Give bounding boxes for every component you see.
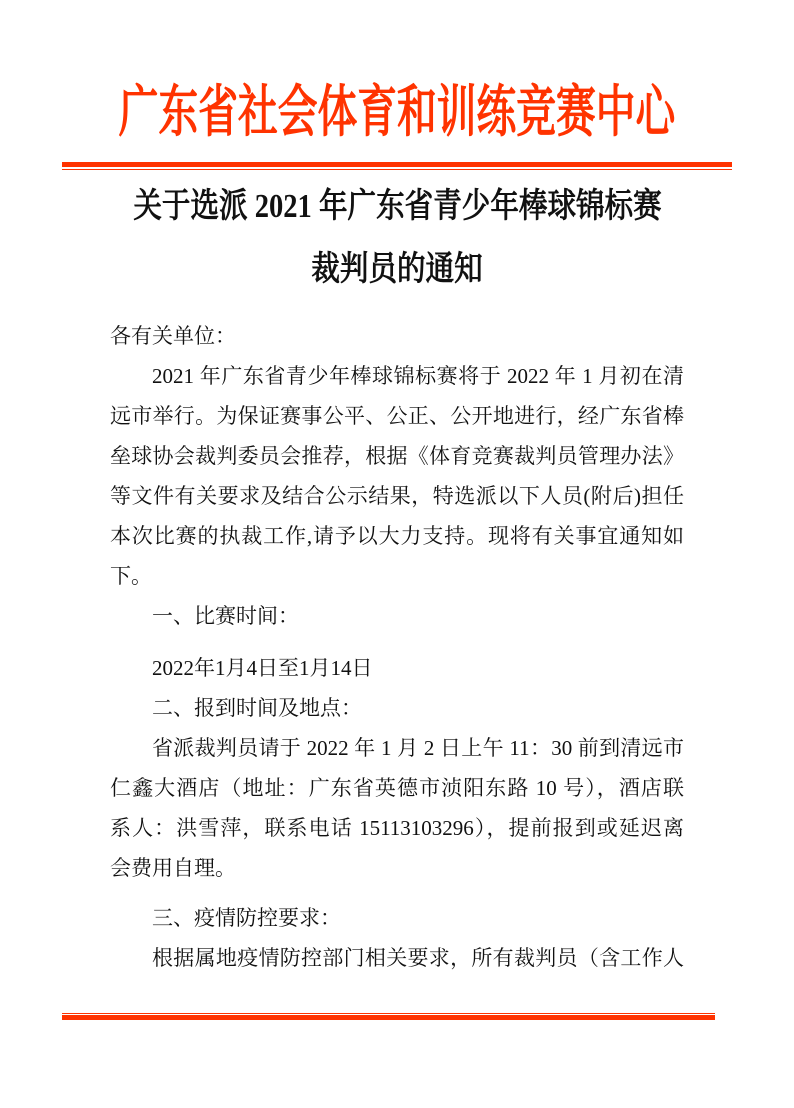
body-line-section-1-heading: 一、比赛时间： — [110, 596, 684, 636]
body-line: 仁鑫大酒店（地址：广东省英德市浈阳东路 10 号），酒店联 — [110, 768, 684, 808]
body-line: 本次比赛的执裁工作,请予以大力支持。现将有关事宜通知如 — [110, 516, 684, 556]
document-page: 广东省社会体育和训练竞赛中心 关于选派 2021 年广东省青少年棒球锦标赛 裁判… — [0, 0, 794, 1108]
letterhead-org-name: 广东省社会体育和训练竞赛中心 — [119, 82, 676, 144]
body-line: 系人：洪雪萍，联系电话 15113103296），提前报到或延迟离 — [110, 808, 684, 848]
doc-title-line-1: 关于选派 2021 年广东省青少年棒球锦标赛 — [0, 178, 794, 241]
body-line-section-2-heading: 二、报到时间及地点： — [110, 688, 684, 728]
body-line: 会费用自理。 — [110, 848, 684, 888]
body-line: 下。 — [110, 556, 684, 596]
document-body: 各有关单位： 2021 年广东省青少年棒球锦标赛将于 2022 年 1 月初在清… — [110, 316, 684, 978]
body-line-section-3-heading: 三、疫情防控要求： — [110, 898, 684, 938]
doc-title-line-2: 裁判员的通知 — [0, 241, 794, 304]
body-line: 各有关单位： — [110, 316, 684, 356]
doc-title-text-1: 关于选派 2021 年广东省青少年棒球锦标赛 — [133, 178, 661, 235]
body-line: 省派裁判员请于 2022 年 1 月 2 日上午 11：30 前到清远市 — [110, 728, 684, 768]
body-line: 垒球协会裁判委员会推荐，根据《体育竞赛裁判员管理办法》 — [110, 436, 684, 476]
footer-rule — [62, 1013, 715, 1020]
doc-title-text-2: 裁判员的通知 — [311, 241, 482, 298]
body-line: 2021 年广东省青少年棒球锦标赛将于 2022 年 1 月初在清 — [110, 356, 684, 396]
letterhead: 广东省社会体育和训练竞赛中心 — [0, 0, 794, 144]
letterhead-divider-rule — [62, 162, 732, 170]
doc-title: 关于选派 2021 年广东省青少年棒球锦标赛 裁判员的通知 — [0, 178, 794, 304]
body-line: 远市举行。为保证赛事公平、公正、公开地进行，经广东省棒 — [110, 396, 684, 436]
body-line-competition-dates: 2022年1月4日至1月14日 — [110, 648, 684, 688]
body-line: 等文件有关要求及结合公示结果，特选派以下人员(附后)担任 — [110, 476, 684, 516]
body-line: 根据属地疫情防控部门相关要求，所有裁判员（含工作人 — [110, 938, 684, 978]
